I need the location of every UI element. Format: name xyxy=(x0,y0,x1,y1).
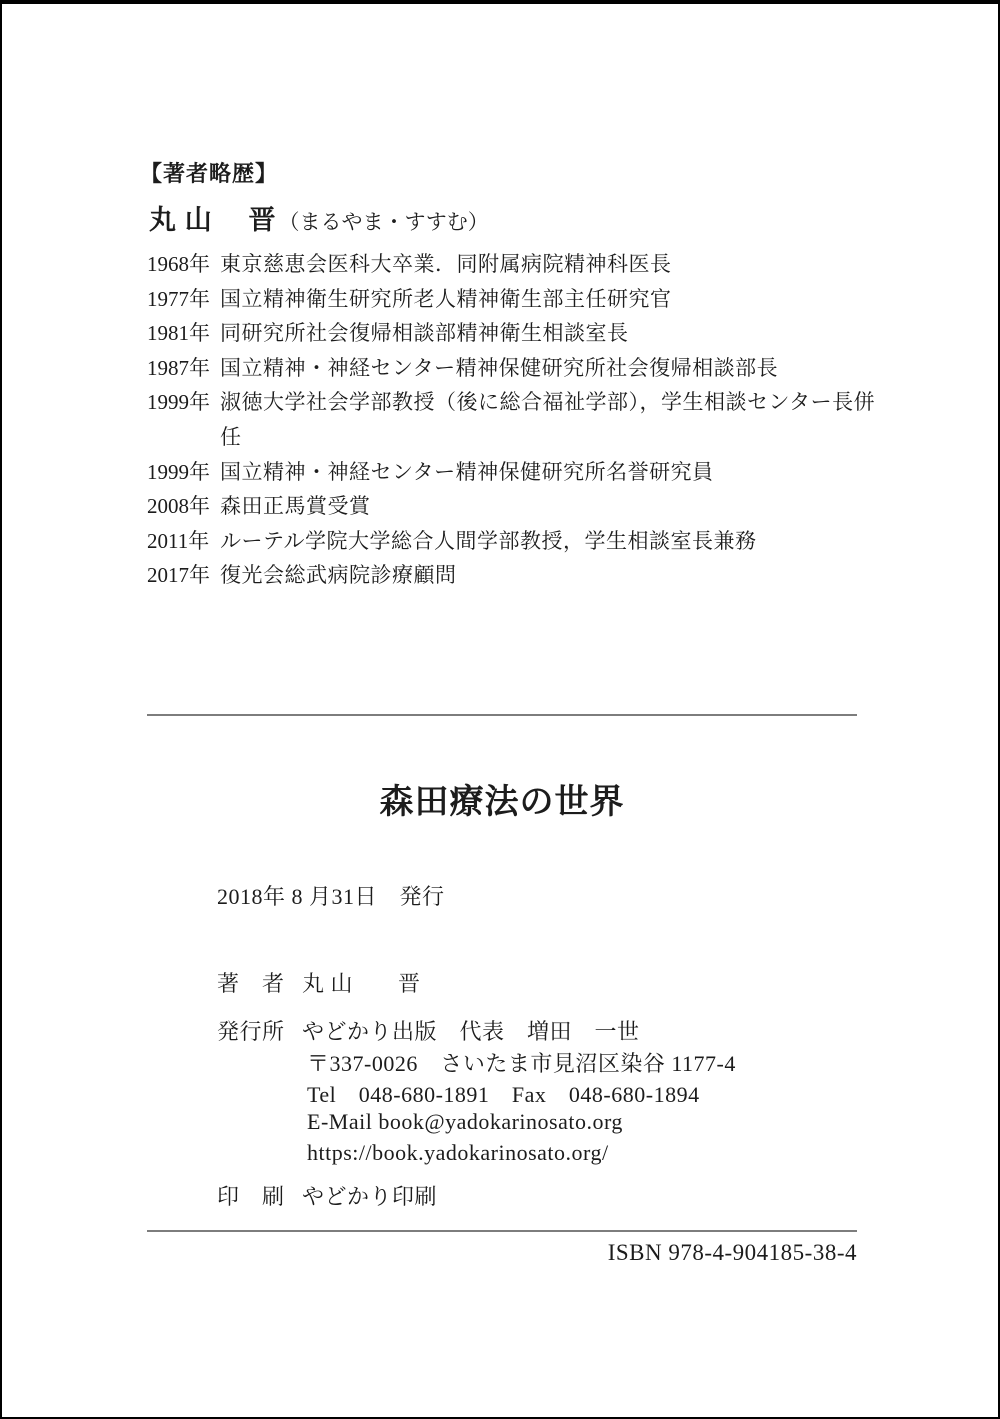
publisher-email: E-Mail book@yadokarinosato.org xyxy=(307,1109,623,1135)
career-history-list: 1968年東京慈恵会医科大卒業．同附属病院精神科医長1977年国立精神衛生研究所… xyxy=(147,247,877,593)
colophon-page: 【著者略歴】 丸 山 晋（まるやま・すすむ） 1968年東京慈恵会医科大卒業．同… xyxy=(0,0,1000,1419)
career-history-row: 1968年東京慈恵会医科大卒業．同附属病院精神科医長 xyxy=(147,247,877,282)
author-name: 丸 山 晋 xyxy=(149,205,277,235)
career-description: ルーテル学院大学総合人間学部教授，学生相談室長兼務 xyxy=(220,524,877,559)
publisher-value: やどかり出版 代表 増田 一世 xyxy=(302,1019,640,1044)
career-description: 国立精神・神経センター精神保健研究所社会復帰相談部長 xyxy=(220,351,877,386)
career-history-row: 1999年淑徳大学社会学部教授（後に総合福祉学部），学生相談センター長併 任 xyxy=(147,385,877,454)
career-history-row: 2011年ルーテル学院大学総合人間学部教授，学生相談室長兼務 xyxy=(147,524,877,559)
career-year: 2011年 xyxy=(147,524,220,559)
career-description: 同研究所社会復帰相談部精神衛生相談室長 xyxy=(220,316,877,351)
author-row: 著 者丸 山 晋 xyxy=(217,967,421,998)
career-year: 1968年 xyxy=(147,247,220,282)
career-year: 1999年 xyxy=(147,385,220,454)
printer-label: 印 刷 xyxy=(217,1180,302,1211)
divider-top xyxy=(147,714,857,716)
publication-date: 2018年 8 月31日 発行 xyxy=(217,880,445,911)
author-bio-heading: 【著者略歴】 xyxy=(140,157,278,188)
author-value: 丸 山 晋 xyxy=(302,971,421,996)
career-year: 2017年 xyxy=(147,558,220,593)
career-year: 1987年 xyxy=(147,351,220,386)
career-year: 1981年 xyxy=(147,316,220,351)
career-history-row: 1999年国立精神・神経センター精神保健研究所名誉研究員 xyxy=(147,455,877,490)
career-history-row: 1981年同研究所社会復帰相談部精神衛生相談室長 xyxy=(147,316,877,351)
publisher-row: 発行所やどかり出版 代表 増田 一世 xyxy=(217,1015,640,1046)
career-history-row: 2017年復光会総武病院診療顧問 xyxy=(147,558,877,593)
career-history-row: 1977年国立精神衛生研究所老人精神衛生部主任研究官 xyxy=(147,282,877,317)
author-name-kana: （まるやま・すすむ） xyxy=(279,210,489,234)
career-description: 森田正馬賞受賞 xyxy=(220,489,877,524)
publisher-address: 〒337-0026 さいたま市見沼区染谷 1177-4 xyxy=(307,1047,736,1078)
printer-value: やどかり印刷 xyxy=(302,1184,437,1209)
author-label: 著 者 xyxy=(217,967,302,998)
career-year: 1977年 xyxy=(147,282,220,317)
career-description: 東京慈恵会医科大卒業．同附属病院精神科医長 xyxy=(220,247,877,282)
career-history-row: 1987年国立精神・神経センター精神保健研究所社会復帰相談部長 xyxy=(147,351,877,386)
printer-row: 印 刷やどかり印刷 xyxy=(217,1180,437,1211)
divider-bottom xyxy=(147,1230,857,1232)
career-description: 国立精神衛生研究所老人精神衛生部主任研究官 xyxy=(220,282,877,317)
book-title: 森田療法の世界 xyxy=(2,774,1000,823)
publisher-label: 発行所 xyxy=(217,1015,302,1046)
career-description: 復光会総武病院診療顧問 xyxy=(220,558,877,593)
career-history-row: 2008年森田正馬賞受賞 xyxy=(147,489,877,524)
career-year: 2008年 xyxy=(147,489,220,524)
career-description: 国立精神・神経センター精神保健研究所名誉研究員 xyxy=(220,455,877,490)
publisher-url: https://book.yadokarinosato.org/ xyxy=(307,1140,609,1166)
isbn: ISBN 978-4-904185-38-4 xyxy=(147,1240,857,1266)
author-name-line: 丸 山 晋（まるやま・すすむ） xyxy=(149,198,489,237)
publisher-tel-fax: Tel 048-680-1891 Fax 048-680-1894 xyxy=(307,1078,700,1109)
career-year: 1999年 xyxy=(147,455,220,490)
career-description: 淑徳大学社会学部教授（後に総合福祉学部），学生相談センター長併 任 xyxy=(220,385,877,454)
